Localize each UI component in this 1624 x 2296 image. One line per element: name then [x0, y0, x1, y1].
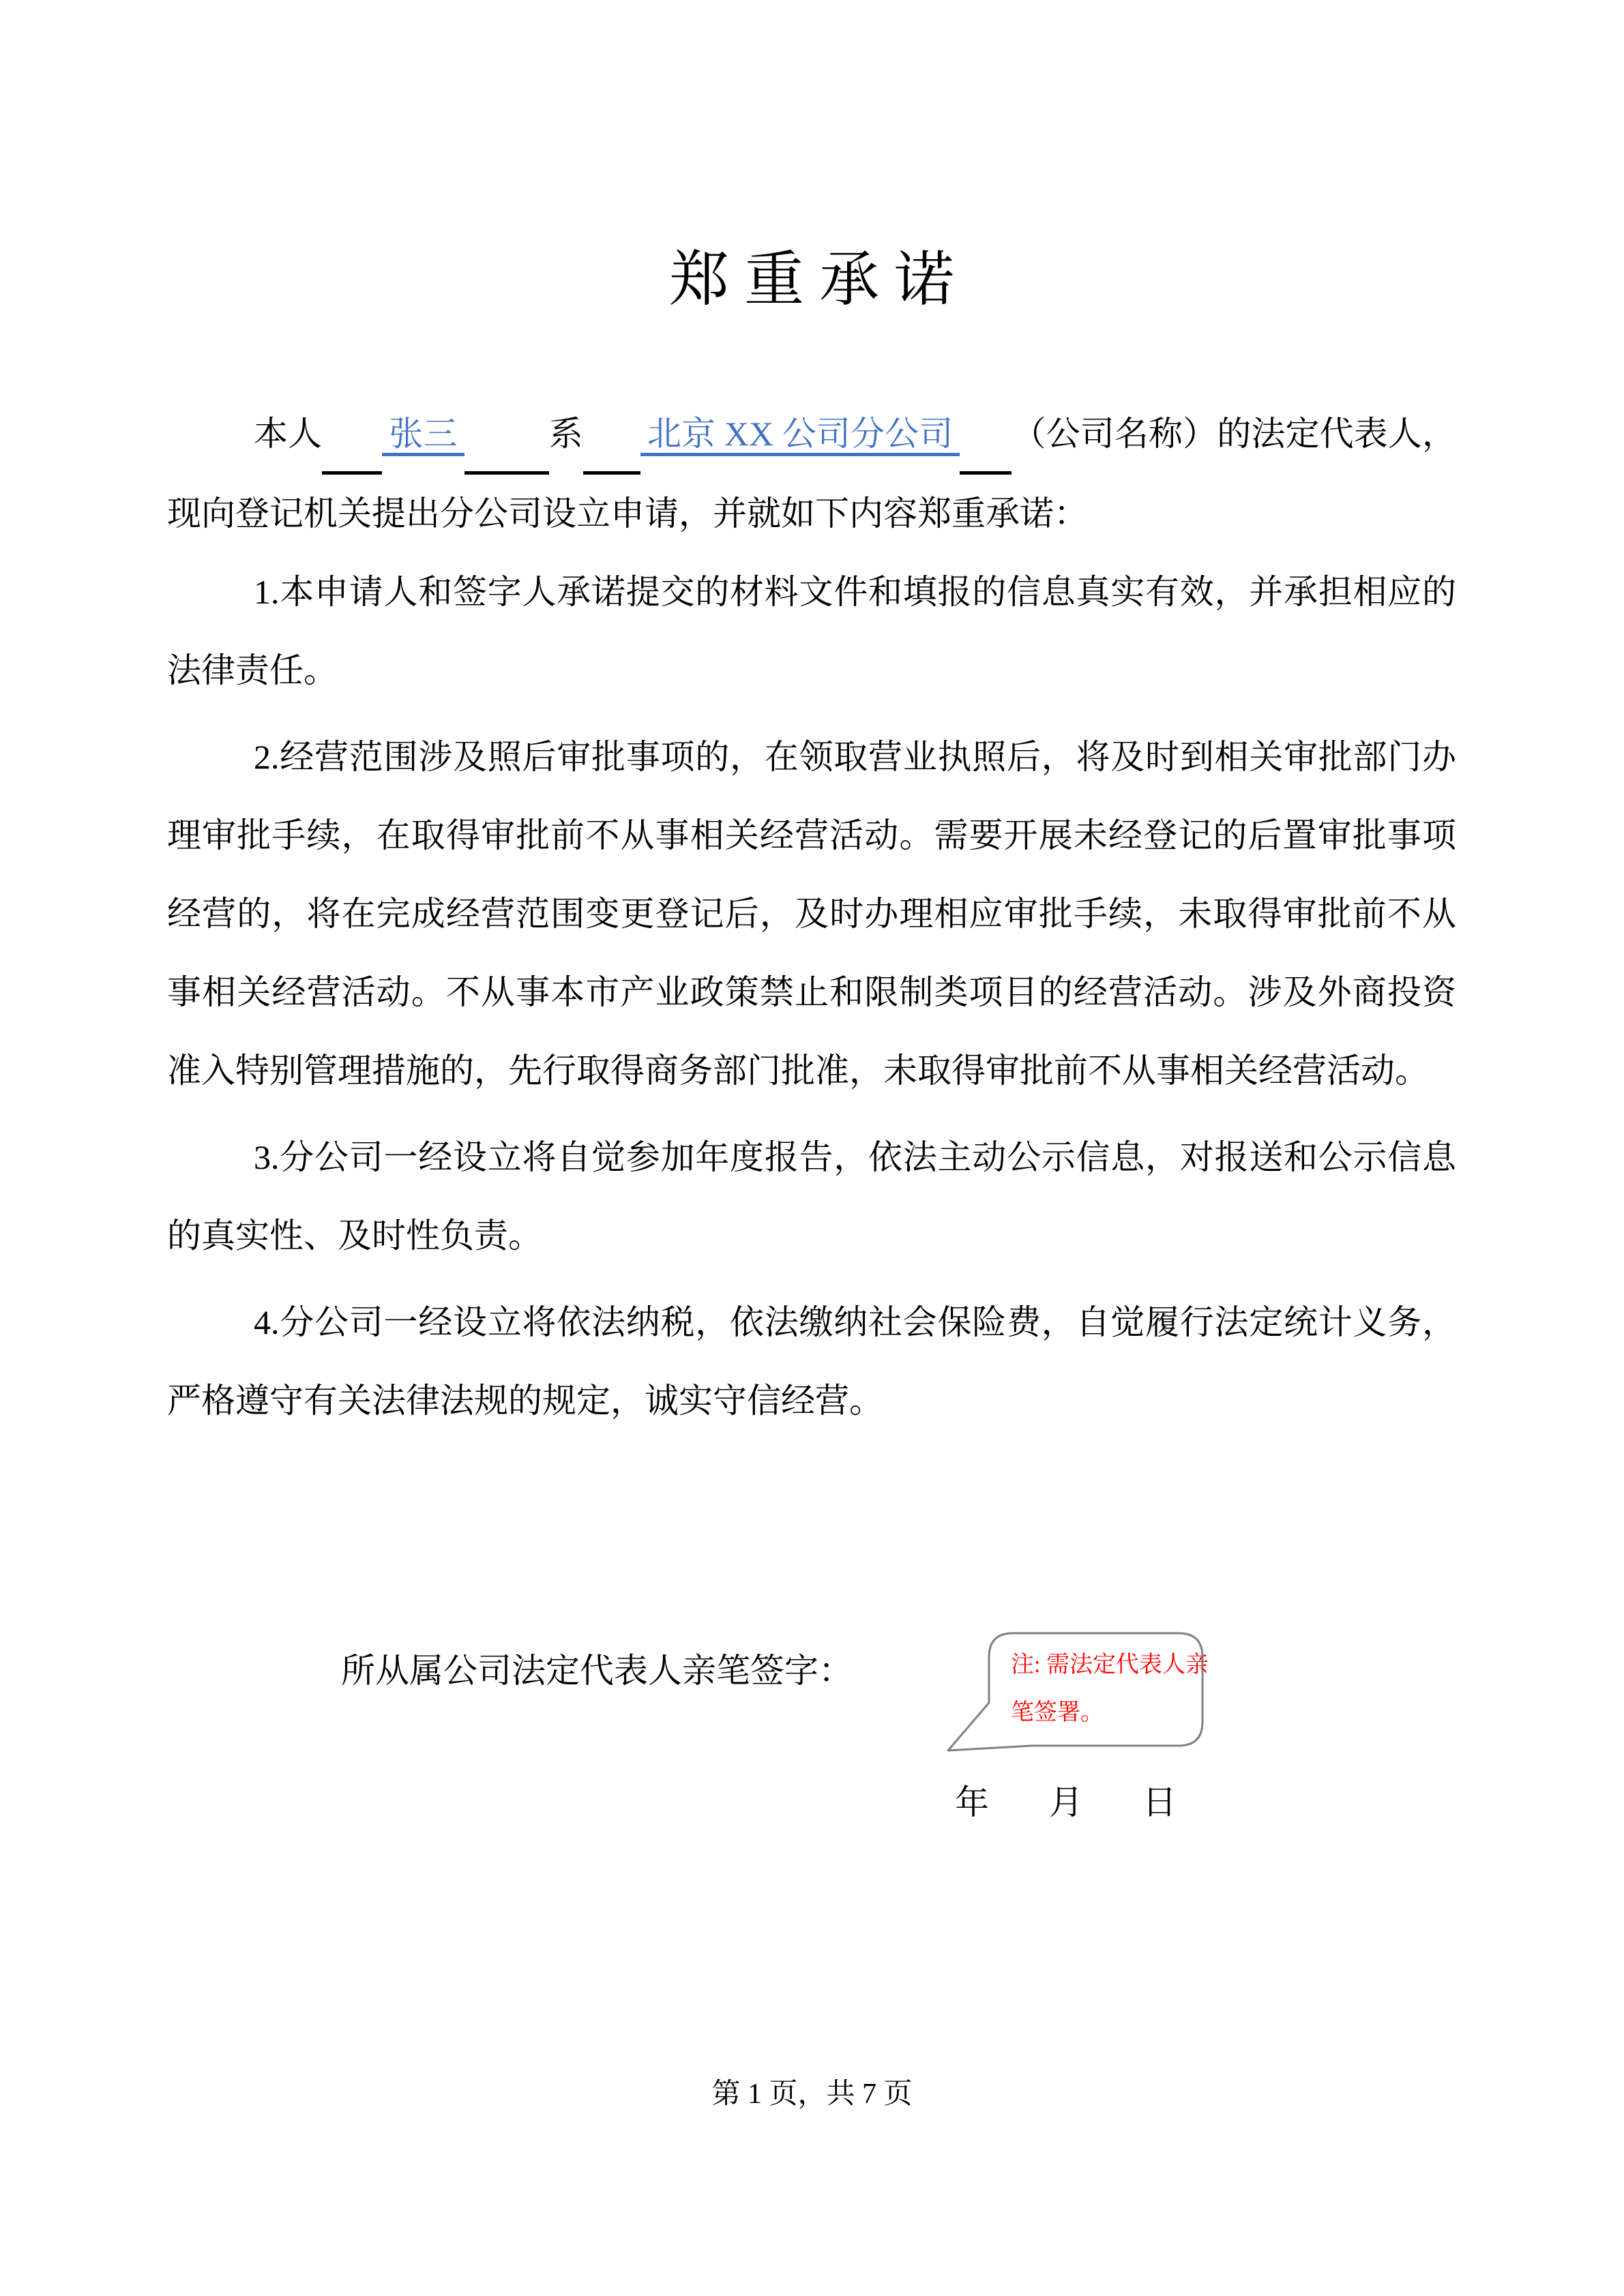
- commitment-paragraph-4: 4.分公司一经设立将依法纳税，依法缴纳社会保险费，自觉履行法定统计义务，严格遵守…: [167, 1283, 1456, 1440]
- intro-connector: 系: [549, 415, 583, 453]
- signature-line-label: 所从属公司法定代表人亲笔签字：: [167, 1632, 1456, 1710]
- commitment-paragraph-3: 3.分公司一经设立将自觉参加年度报告，依法主动公示信息，对报送和公示信息的真实性…: [167, 1118, 1456, 1275]
- blank-underline: [960, 437, 1012, 475]
- date-month-label: 月: [1049, 1763, 1083, 1842]
- commitment-paragraph-2: 2.经营范围涉及照后审批事项的，在领取营业执照后，将及时到相关审批部门办理审批手…: [167, 718, 1456, 1110]
- company-name-filled: 北京 XX 公司分公司: [640, 415, 960, 456]
- document-content: 郑 重 承 诺 本人张三系北京 XX 公司分公司（公司名称）的法定代表人，现向登…: [167, 0, 1456, 1842]
- date-year-label: 年: [955, 1763, 989, 1842]
- commitment-paragraph-1: 1.本申请人和签字人承诺提交的材料文件和填报的信息真实有效，并承担相应的法律责任…: [167, 553, 1456, 710]
- blank-underline: [464, 437, 549, 475]
- callout-note-text: 注: 需法定代表人亲笔签署。: [1011, 1641, 1210, 1737]
- intro-prefix: 本人: [254, 415, 322, 453]
- date-day-label: 日: [1142, 1763, 1177, 1842]
- document-page: 郑 重 承 诺 本人张三系北京 XX 公司分公司（公司名称）的法定代表人，现向登…: [0, 0, 1624, 2296]
- document-title: 郑 重 承 诺: [167, 0, 1456, 315]
- blank-underline: [583, 437, 640, 475]
- intro-paragraph: 本人张三系北京 XX 公司分公司（公司名称）的法定代表人，现向登记机关提出分公司…: [167, 395, 1456, 553]
- blank-underline: [322, 437, 382, 475]
- legal-representative-name-filled: 张三: [382, 415, 464, 456]
- page-footer: 第 1 页，共 7 页: [0, 2077, 1624, 2111]
- date-line: 年月日: [167, 1763, 1456, 1842]
